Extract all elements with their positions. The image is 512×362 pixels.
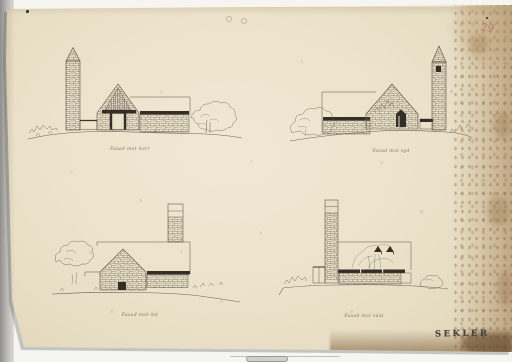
drawing-elevation-west: Fasad mot väst (279, 200, 448, 319)
drawing-elevation-south: Fasad mot syd (290, 46, 472, 154)
elevation-drawings-svg: Fasad mot norr Fa (0, 0, 512, 362)
scanned-sheet-view: { "document": { "description": "Archival… (0, 0, 512, 362)
drawing-elevation-east: Fasad mot öst (52, 204, 240, 318)
caption-south: Fasad mot syd (371, 148, 409, 154)
paper-sheet: Fasad mot norr Fa (0, 0, 512, 362)
caption-north: Fasad mot norr (109, 146, 150, 152)
page-number-annotation: 29 (480, 22, 494, 35)
collection-stamp: SEKLER (435, 329, 490, 340)
drawing-elevation-north: Fasad mot norr (28, 48, 242, 153)
scrollbar-thumb[interactable] (246, 356, 288, 362)
caption-west: Fasad mot väst (343, 313, 383, 319)
caption-east: Fasad mot öst (121, 312, 158, 318)
